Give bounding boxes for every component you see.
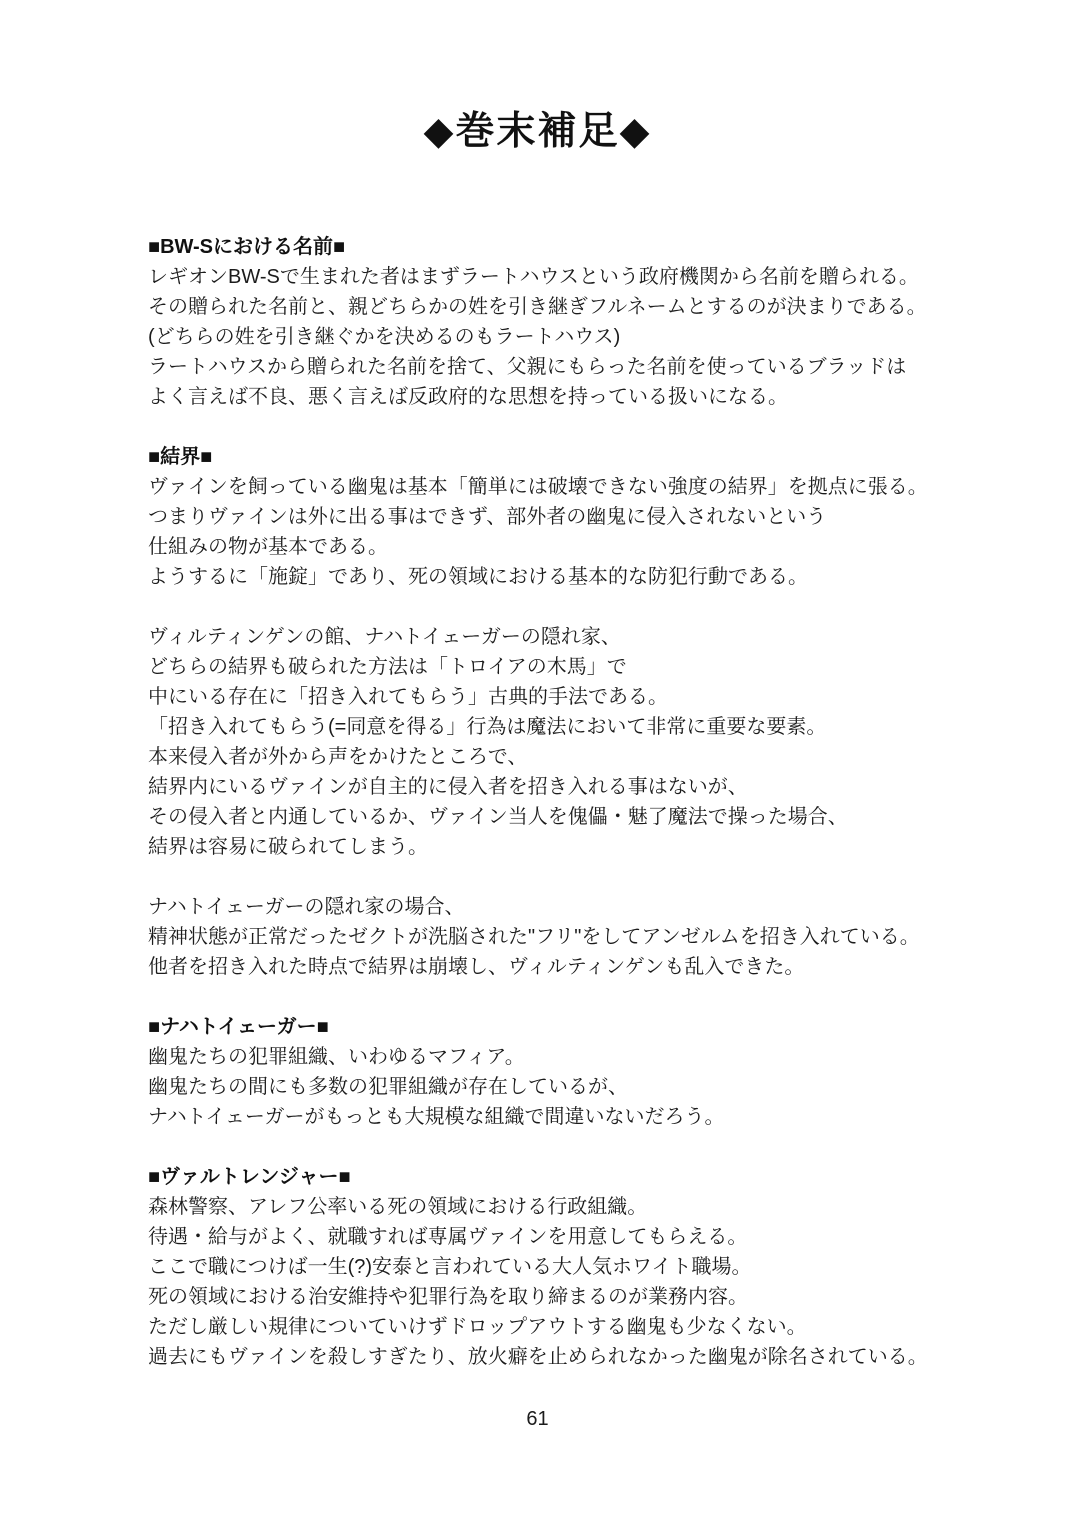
text-line: 仕組みの物が基本である。 — [148, 532, 948, 562]
document-body: ■BW-Sにおける名前■ レギオンBW-Sで生まれた者はまずラートハウスという政… — [148, 232, 948, 1402]
text-line: ラートハウスから贈られた名前を捨て、父親にもらった名前を使っているブラッドは — [148, 352, 948, 382]
section-heading: ■ヴァルトレンジャー■ — [148, 1162, 948, 1192]
section-heading: ■BW-Sにおける名前■ — [148, 232, 948, 262]
text-line: 死の領域における治安維持や犯罪行為を取り締まるのが業務内容。 — [148, 1282, 948, 1312]
text-line: 過去にもヴァインを殺しすぎたり、放火癖を止められなかった幽鬼が除名されている。 — [148, 1342, 948, 1372]
text-line: ヴァインを飼っている幽鬼は基本「簡単には破壊できない強度の結界」を拠点に張る。 — [148, 472, 948, 502]
text-line: つまりヴァインは外に出る事はできず、部外者の幽鬼に侵入されないという — [148, 502, 948, 532]
text-line: 結界は容易に破られてしまう。 — [148, 832, 948, 862]
section-heading: ■ナハトイェーガー■ — [148, 1012, 948, 1042]
text-line: その贈られた名前と、親どちらかの姓を引き継ぎフルネームとするのが決まりである。 — [148, 292, 948, 322]
text-line: 幽鬼たちの間にも多数の犯罪組織が存在しているが、 — [148, 1072, 948, 1102]
page-title: ◆巻末補足◆ — [0, 100, 1075, 156]
section-heading: ■結界■ — [148, 442, 948, 472]
paragraph: レギオンBW-Sで生まれた者はまずラートハウスという政府機関から名前を贈られる。… — [148, 262, 948, 412]
text-line: 他者を招き入れた時点で結界は崩壊し、ヴィルティンゲンも乱入できた。 — [148, 952, 948, 982]
text-line: (どちらの姓を引き継ぐかを決めるのもラートハウス) — [148, 322, 948, 352]
text-line: ヴィルティンゲンの館、ナハトイェーガーの隠れ家、 — [148, 622, 948, 652]
text-line: ナハトイェーガーの隠れ家の場合、 — [148, 892, 948, 922]
text-line: 「招き入れてもらう(=同意を得る」行為は魔法において非常に重要な要素。 — [148, 712, 948, 742]
paragraph: ナハトイェーガーの隠れ家の場合、 精神状態が正常だったゼクトが洗脳された"フリ"… — [148, 892, 948, 982]
paragraph: 森林警察、アレフ公率いる死の領域における行政組織。 待遇・給与がよく、就職すれば… — [148, 1192, 948, 1372]
text-line: 本来侵入者が外から声をかけたところで、 — [148, 742, 948, 772]
paragraph: 幽鬼たちの犯罪組織、いわゆるマフィア。 幽鬼たちの間にも多数の犯罪組織が存在して… — [148, 1042, 948, 1132]
text-line: よく言えば不良、悪く言えば反政府的な思想を持っている扱いになる。 — [148, 382, 948, 412]
text-line: その侵入者と内通しているか、ヴァイン当人を傀儡・魅了魔法で操った場合、 — [148, 802, 948, 832]
text-line: 結界内にいるヴァインが自主的に侵入者を招き入れる事はないが、 — [148, 772, 948, 802]
text-line: ようするに「施錠」であり、死の領域における基本的な防犯行動である。 — [148, 562, 948, 592]
page-number: 61 — [0, 1408, 1075, 1431]
text-line: 森林警察、アレフ公率いる死の領域における行政組織。 — [148, 1192, 948, 1222]
section-nachtjaeger: ■ナハトイェーガー■ 幽鬼たちの犯罪組織、いわゆるマフィア。 幽鬼たちの間にも多… — [148, 1012, 948, 1132]
text-line: ナハトイェーガーがもっとも大規模な組織で間違いないだろう。 — [148, 1102, 948, 1132]
text-line: 待遇・給与がよく、就職すれば専属ヴァインを用意してもらえる。 — [148, 1222, 948, 1252]
section-bws-names: ■BW-Sにおける名前■ レギオンBW-Sで生まれた者はまずラートハウスという政… — [148, 232, 948, 412]
text-line: ただし厳しい規律についていけずドロップアウトする幽鬼も少なくない。 — [148, 1312, 948, 1342]
text-line: レギオンBW-Sで生まれた者はまずラートハウスという政府機関から名前を贈られる。 — [148, 262, 948, 292]
section-barrier: ■結界■ ヴァインを飼っている幽鬼は基本「簡単には破壊できない強度の結界」を拠点… — [148, 442, 948, 982]
paragraph: ヴィルティンゲンの館、ナハトイェーガーの隠れ家、 どちらの結界も破られた方法は「… — [148, 622, 948, 862]
section-waldranger: ■ヴァルトレンジャー■ 森林警察、アレフ公率いる死の領域における行政組織。 待遇… — [148, 1162, 948, 1372]
text-line: どちらの結界も破られた方法は「トロイアの木馬」で — [148, 652, 948, 682]
text-line: ここで職につけば一生(?)安泰と言われている大人気ホワイト職場。 — [148, 1252, 948, 1282]
text-line: 精神状態が正常だったゼクトが洗脳された"フリ"をしてアンゼルムを招き入れている。 — [148, 922, 948, 952]
text-line: 幽鬼たちの犯罪組織、いわゆるマフィア。 — [148, 1042, 948, 1072]
text-line: 中にいる存在に「招き入れてもらう」古典的手法である。 — [148, 682, 948, 712]
paragraph: ヴァインを飼っている幽鬼は基本「簡単には破壊できない強度の結界」を拠点に張る。 … — [148, 472, 948, 592]
